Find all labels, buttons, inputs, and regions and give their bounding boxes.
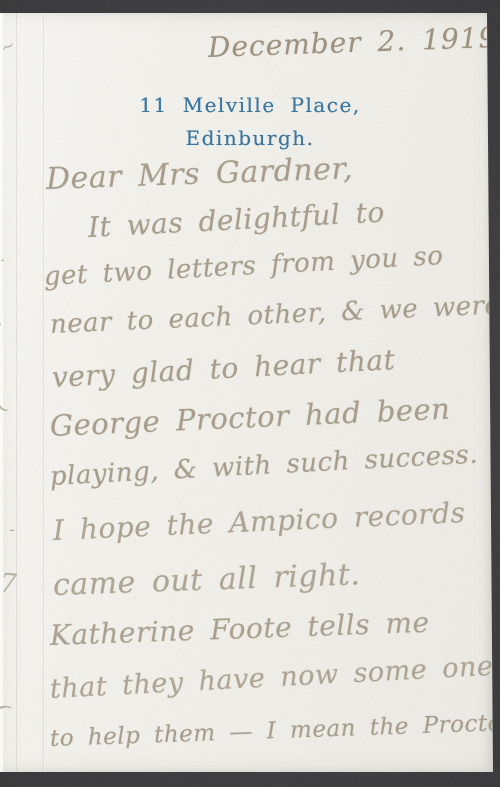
body-line: I hope the Ampico records <box>52 498 466 547</box>
body-line: to help them — I mean the Proctors_ <box>50 710 500 752</box>
body-line: Katherine Foote tells me <box>49 608 430 652</box>
scanner-background: December 2. 1919. 11 Melville Place, Edi… <box>0 0 500 787</box>
letter-date: December 2. 1919. <box>207 23 500 64</box>
letter-page: December 2. 1919. 11 Melville Place, Edi… <box>0 13 493 772</box>
body-line: George Proctor had been <box>49 394 451 443</box>
body-line: near to each other, & we were <box>49 291 500 339</box>
body-line: very glad to hear that <box>51 345 396 394</box>
letterhead-city: Edinburgh. <box>30 126 470 150</box>
body-line: came out all right. <box>52 558 361 602</box>
paper-crease <box>16 13 17 772</box>
body-line: playing, & with such success. <box>49 441 478 492</box>
underlying-page-edge <box>0 13 3 772</box>
salutation-line: Dear Mrs Gardner, <box>45 152 353 196</box>
body-line: that they have now some one <box>49 652 494 705</box>
printed-letterhead: 11 Melville Place, Edinburgh. <box>30 93 470 150</box>
letterhead-address: 11 Melville Place, <box>30 93 470 117</box>
body-line: get two letters from you so <box>43 242 444 291</box>
body-line: It was delightful to <box>87 197 385 243</box>
stray-ink-mark: - <box>9 519 15 540</box>
